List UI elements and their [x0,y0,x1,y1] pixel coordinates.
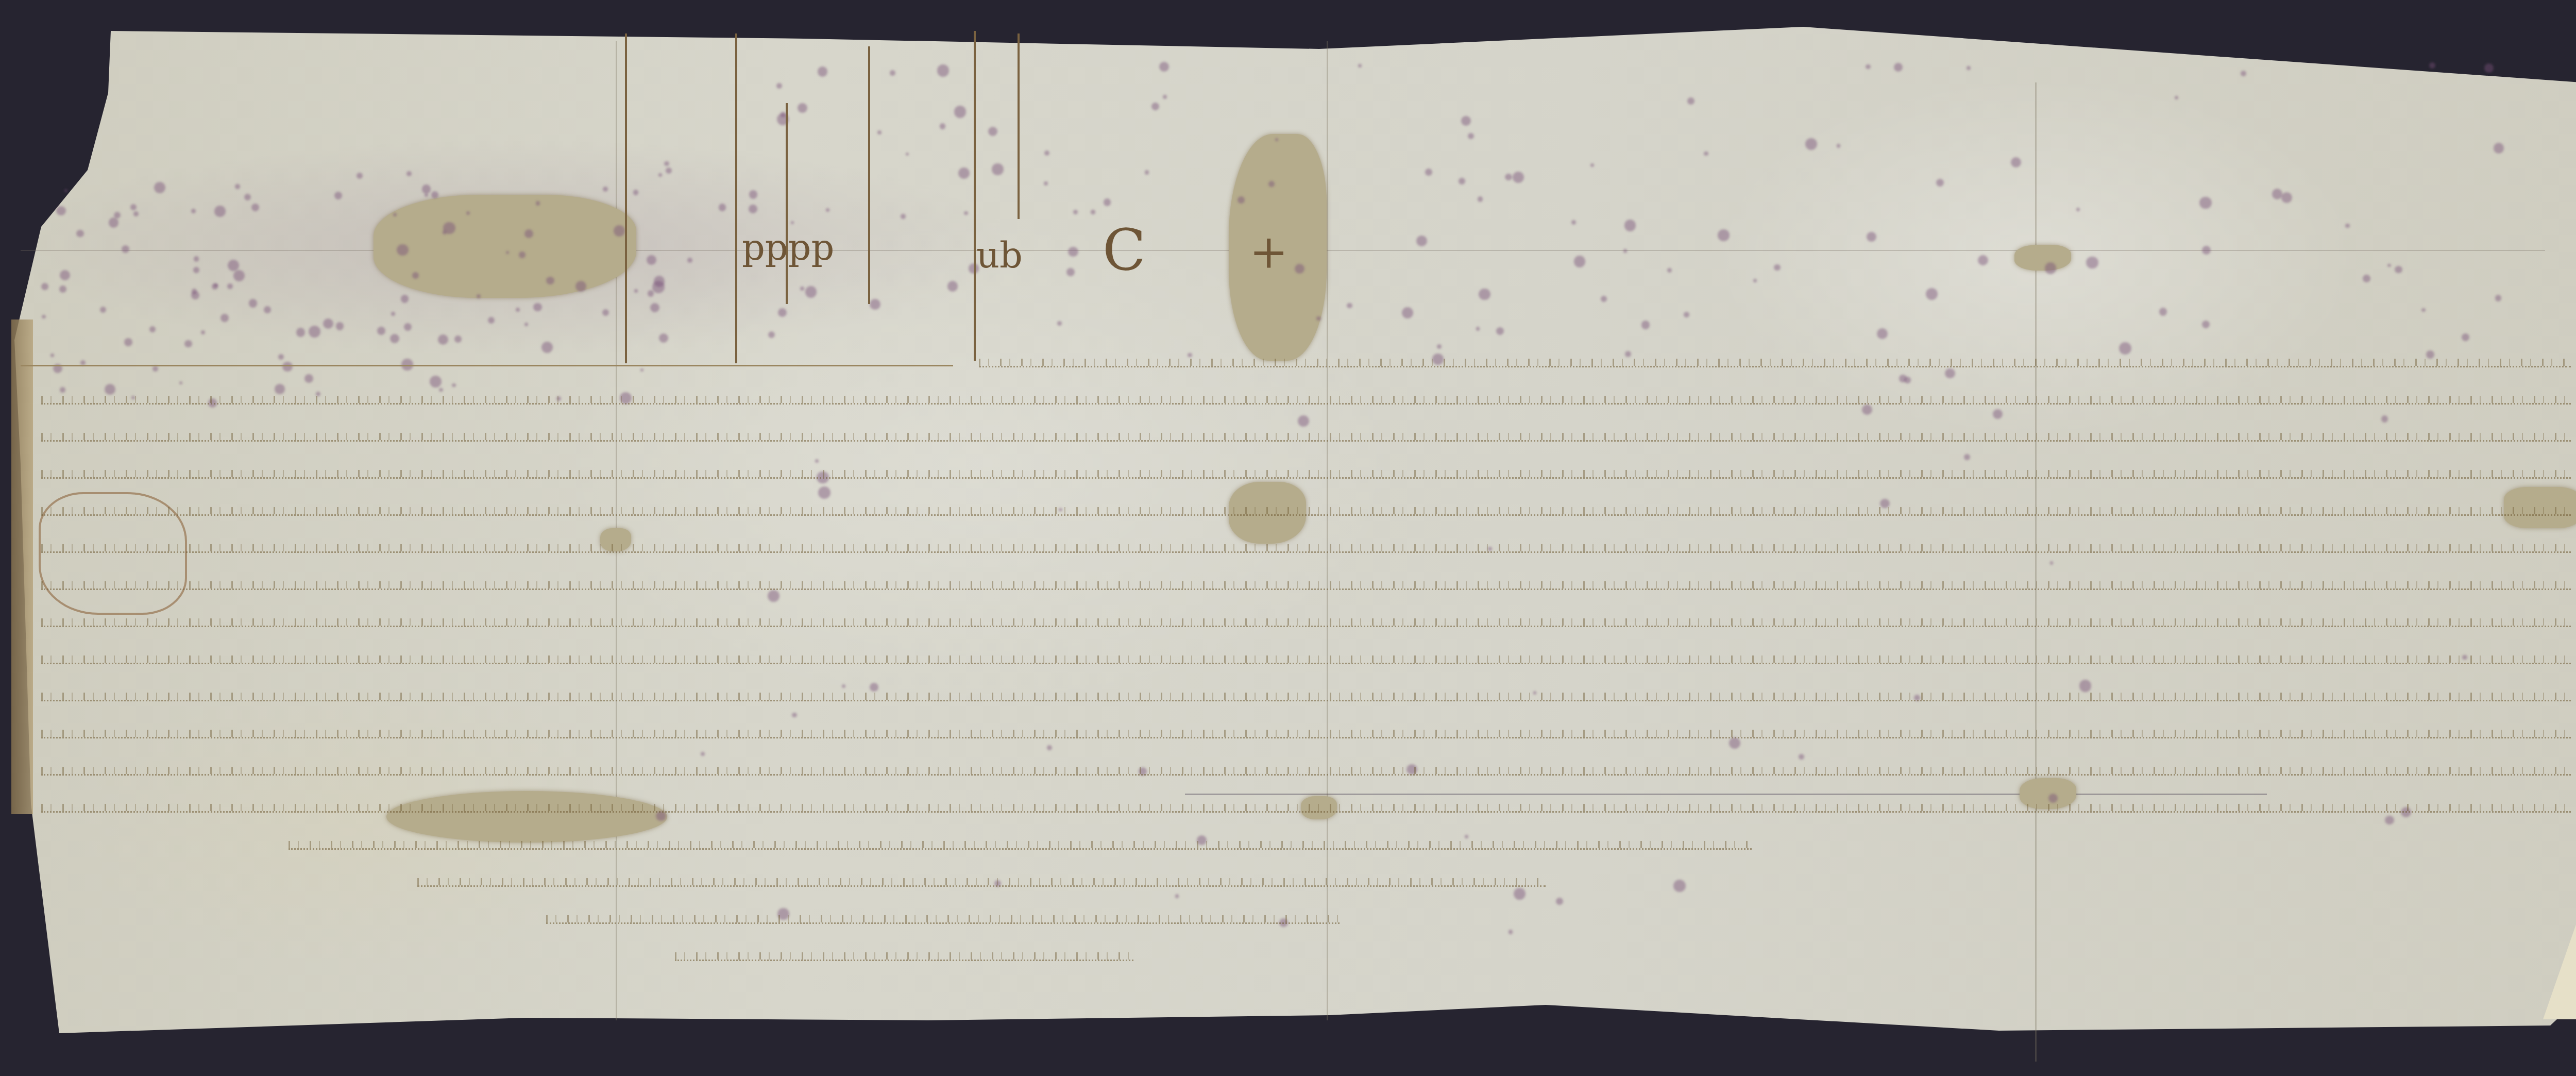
signum-stroke [625,33,627,363]
mold-spot [2199,197,2212,209]
signum-letter-c: C [1103,222,1146,278]
mold-spot [533,303,542,312]
mold-spot [666,167,672,174]
mold-spot [1867,232,1876,242]
script-line [979,366,2571,367]
mold-spot [1145,170,1149,175]
mold-spot [1104,198,1111,206]
mold-spot [603,187,608,192]
script-line [675,960,1133,961]
mold-spot [2281,192,2292,203]
mold-spot [1926,288,1938,300]
mold-spot [1505,174,1512,181]
mold-spot [1641,321,1650,329]
mold-spot [275,384,285,394]
mold-spot [1188,353,1192,358]
mold-spot [194,256,199,262]
mold-spot [2202,321,2210,328]
mold-spot [2159,308,2167,316]
mold-spot [1964,454,1970,460]
mold-spot [992,163,1003,175]
mold-spot [2363,275,2370,282]
mold-spot [1993,409,2003,419]
script-line [41,403,2571,405]
mold-spot [2272,189,2282,199]
mold-spot [2385,816,2394,825]
script-line [41,477,2571,479]
mold-spot [412,272,419,279]
script-line [41,626,2571,627]
mold-spot [954,106,966,117]
signum-stroke [735,33,737,363]
mold-spot [454,335,462,343]
horizontal-crease [1185,794,2267,795]
mold-spot [877,130,882,134]
mold-spot [1673,880,1686,892]
mold-spot [1862,405,1872,415]
mold-spot [443,230,447,234]
mold-spot [130,204,137,210]
mold-spot [2119,342,2131,355]
mold-spot [452,383,456,388]
mold-spot [602,309,609,316]
mold-spot [401,295,409,303]
script-line [41,811,2571,813]
script-line [41,440,2571,442]
mold-spot [249,299,257,307]
mold-spot [1425,169,1432,176]
mold-spot [430,376,442,388]
script-line [41,737,2571,738]
mold-spot [818,486,831,499]
mold-spot [2494,143,2504,153]
script-line [41,700,2571,701]
mold-spot [1476,327,1480,331]
repair-patch [386,791,667,843]
script-line [41,663,2571,664]
mold-spot [323,318,333,329]
mold-spot [842,684,845,688]
mold-spot [466,211,470,215]
mold-spot [2086,257,2098,268]
signum-stroke [1018,33,1020,219]
script-line [546,922,1340,924]
mold-spot [1805,138,1817,150]
mold-spot [282,362,292,372]
mold-spot [1459,178,1465,184]
script-line [289,848,1752,850]
mold-spot [2429,62,2435,69]
mold-spot [1163,95,1167,99]
mold-spot [1967,66,1971,70]
script-line [41,551,2571,553]
mold-spot [1601,296,1606,301]
mold-spot [1066,268,1075,276]
mold-spot [64,189,67,192]
mold-spot [406,171,412,176]
repair-patch [374,195,636,298]
mold-spot [988,127,997,136]
mold-spot [56,206,66,216]
mold-spot [687,258,692,263]
mold-spot [749,190,757,198]
mold-spot [652,281,665,293]
mold-spot [2011,157,2021,167]
signum-stroke [868,46,870,304]
mold-spot [647,255,656,265]
mold-spot [1571,220,1576,225]
mold-spot [228,260,239,271]
mold-spot [1316,316,1320,321]
mold-spot [1978,255,1988,265]
mold-spot [390,334,399,343]
mold-spot [1151,103,1159,110]
mold-spot [264,306,271,313]
mold-spot [100,307,106,313]
mold-spot [336,322,344,330]
mold-spot [964,211,968,215]
mold-spot [890,70,895,76]
mold-spot [1556,898,1563,905]
mold-spot [1514,888,1526,900]
mold-spot [792,713,797,718]
mold-spot [1479,289,1490,300]
mold-spot [1465,835,1468,838]
mold-spot [439,388,443,392]
signum-letters: pppp [742,229,834,265]
mold-spot [2484,63,2493,72]
mold-spot [546,277,554,284]
mold-spot [575,281,586,292]
mold-spot [870,299,880,310]
mold-spot [1057,321,1061,325]
mold-spot [1894,63,1903,72]
vertical-fold-line [1327,41,1328,1020]
mold-spot [826,208,829,211]
mold-spot [235,184,240,189]
mold-spot [958,167,970,179]
mold-spot [404,323,412,331]
mold-spot [1574,256,1585,267]
mold-spot [1268,181,1275,187]
mold-spot [2045,262,2057,274]
mold-spot [193,267,199,273]
mold-spot [536,201,540,205]
damaged-left-edge [11,320,33,814]
mold-spot [191,209,196,213]
mold-spot [60,387,65,392]
mold-spot [1718,229,1730,241]
mold-spot [524,229,533,238]
mold-spot [149,326,155,332]
mold-spot [221,314,229,322]
mold-spot [2050,561,2053,564]
mold-spot [798,103,807,113]
mold-spot [1904,377,1911,383]
mold-spot [431,191,438,198]
mold-spot [2387,264,2391,267]
mold-spot [1704,152,1708,156]
vertical-fold-line [2035,82,2037,1062]
mold-spot [397,244,408,256]
mold-spot [42,315,46,319]
mold-spot [1478,196,1483,201]
mold-spot [2495,295,2501,301]
mold-spot [50,354,54,357]
mold-spot [1047,745,1052,750]
mold-spot [1687,97,1694,105]
mold-spot [2421,308,2426,312]
mold-spot [2381,415,2388,423]
signum-cross-icon: + [1249,229,1288,276]
mold-spot [805,286,817,298]
mold-spot [1238,196,1245,204]
mold-spot [1667,268,1672,273]
mold-spot [1729,737,1740,749]
mold-spot [422,184,431,193]
mold-spot [2345,224,2349,228]
mold-spot [2079,680,2091,692]
mold-spot [940,123,946,129]
mold-spot [901,214,905,218]
mold-spot [1684,312,1689,317]
script-line [41,514,2571,516]
mold-spot [749,205,757,213]
mold-spot [633,190,638,195]
mold-spot [438,334,448,345]
mold-spot [1402,307,1413,318]
mold-spot [701,752,705,756]
mold-spot [1347,303,1352,308]
signum-letters: ub [976,237,1023,273]
script-line [41,589,2571,590]
mold-spot [1091,210,1095,214]
mold-spot [1496,327,1504,335]
mold-spot [524,323,528,326]
mold-spot [2076,208,2080,211]
mold-spot [658,173,662,176]
mold-spot [304,374,313,383]
mold-spot [1590,163,1594,167]
repair-patch [2014,245,2071,271]
signum-baseline [21,365,953,366]
mold-spot [1358,64,1362,68]
mold-spot [334,192,342,199]
mold-spot [133,211,138,216]
script-line [417,885,1546,887]
mold-spot [1509,930,1513,934]
mold-spot [59,285,66,293]
mold-spot [214,206,226,217]
mold-spot [1298,415,1309,427]
mold-spot [519,251,525,258]
script-line [41,774,2571,776]
mold-spot [391,312,395,316]
mold-spot [870,683,878,692]
signum-stroke [786,103,788,304]
mold-spot [1774,264,1780,271]
mold-spot [1866,64,1870,69]
mold-spot [212,283,218,290]
mold-spot [1513,172,1524,183]
mold-spot [1624,220,1636,231]
folded-corner [2543,901,2576,1019]
mold-spot [648,290,654,297]
mold-spot [791,221,794,224]
mold-spot [947,281,958,291]
mold-spot [640,368,643,372]
mold-spot [233,270,245,281]
mold-spot [1623,249,1628,253]
mold-spot [937,64,950,77]
mold-spot [201,330,205,334]
mold-spot [1295,264,1305,274]
signum-stroke [974,31,976,361]
